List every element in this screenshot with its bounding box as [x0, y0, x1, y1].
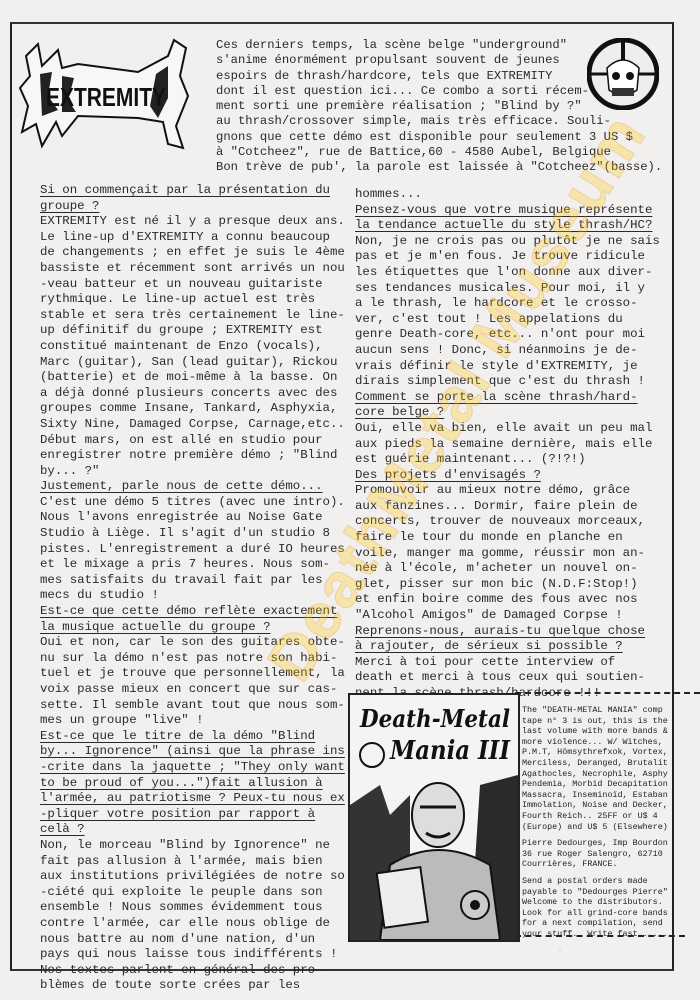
interview-question-line: Justement, parle nous de cette démo...: [40, 479, 350, 495]
ad-line: Pendemia, Morbid Decapitation: [522, 779, 697, 790]
interview-answer-line: voix passe mieux en concert que sur cas-: [40, 682, 350, 698]
interview-answer-line: "Alcohol Amigos" de Damaged Corpse !: [355, 608, 670, 624]
svg-text:EXTREMITY: EXTREMITY: [46, 82, 166, 112]
interview-answer-line: mes satisfaits du travail fait par les: [40, 573, 350, 589]
text-line: au thrash/crossover simple, mais très ef…: [216, 114, 686, 129]
skull-peace-icon: [587, 38, 659, 110]
interview-answer-line: Nous l'avons enregistrée au Noise Gate: [40, 510, 350, 526]
interview-answer-line: Début mars, on est allé en studio pour: [40, 433, 350, 449]
interview-question-line: Reprenons-nous, aurais-tu quelque chose: [355, 624, 670, 640]
interview-answer-line: vrais définir le style d'EXTREMITY, je: [355, 359, 670, 375]
interview-answer-line: Studio à Liège. Il s'agit d'un studio 8: [40, 526, 350, 542]
interview-answer-line: Sixty Nine, Damaged Corpse, Carnage,etc.…: [40, 417, 350, 433]
interview-answer-line: death et merci à tous ceux qui soutien-: [355, 670, 670, 686]
interview-question-line: core belge ?: [355, 405, 670, 421]
ad-line: tape n° 3 is out, this is the: [522, 716, 697, 727]
ad-line: Immolation, Noise and Decker,: [522, 800, 697, 811]
ad-address: Pierre Dedourges, Imp Bourdon36 rue Roge…: [522, 838, 697, 870]
ad-line: Massacra, Inseminoïd, Estaban: [522, 790, 697, 801]
interview-question-line: Si on commençait par la présentation du: [40, 183, 350, 199]
interview-answer-line: aux fanzines... Dormir, faire plein de: [355, 499, 670, 515]
interview-answer-line: genre Death-core, etc... n'ont pour moi: [355, 327, 670, 343]
ad-line: last volume with more bands &: [522, 726, 697, 737]
text-line: à "Cotcheez", rue de Battice,60 - 4580 A…: [216, 145, 686, 160]
interview-question-line: celà ?: [40, 822, 350, 838]
interview-answer-line: Non, le morceau "Blind by Ignorence" ne: [40, 838, 350, 854]
interview-answer-line: Le line-up d'EXTREMITY a connu beaucoup: [40, 230, 350, 246]
text-line: Bon trève de pub', la parole est laissée…: [216, 160, 686, 175]
interview-answer-line: concerts, trouver de nouveaux morceaux,: [355, 514, 670, 530]
interview-answer-line: a le thrash, le hardcore et le crosso-: [355, 296, 670, 312]
interview-answer-line: pas et je m'en fous. Je trouve ridicule: [355, 249, 670, 265]
interview-answer-line: fait pas allusion à l'armée, mais bien: [40, 854, 350, 870]
interview-question-line: la tendance actuelle du style thrash/HC?: [355, 218, 670, 234]
ad-blurb: The "DEATH-METAL MANIA" comptape n° 3 is…: [522, 705, 697, 832]
interview-answer-line: voile, manger ma gomme, réussir mon an-: [355, 546, 670, 562]
interview-answer-line: est guérie maintenant... (?!?!): [355, 452, 670, 468]
interview-answer-line: stable et sera très certainement le line…: [40, 308, 350, 324]
interview-answer-line: a déjà donné plusieurs concerts avec des: [40, 386, 350, 402]
ad-line: P.M.T, Hömsythrefxok, Vortex,: [522, 747, 697, 758]
compilation-cover-icon: Death-Metal Mania III: [350, 695, 518, 940]
interview-answer-line: groupes comme Insane, Tankard, Asphyxia,: [40, 401, 350, 417]
interview-question-line: Des projets d'envisagés ?: [355, 468, 670, 484]
interview-answer-line: nous battre au nom d'une nation, d'un: [40, 932, 350, 948]
interview-answer-line: up définitif du groupe ; EXTREMITY est: [40, 323, 350, 339]
interview-question-line: l'armée, au patriotisme ? Peux-tu nous e…: [40, 791, 350, 807]
ad-line: payable to "Dedourges Pierre": [522, 887, 697, 898]
ad-line: more violence... W/ Witches,: [522, 737, 697, 748]
ad-line: Send a postal orders made: [522, 876, 697, 887]
interview-answer-line: aux pieds la semaine dernière, mais elle: [355, 437, 670, 453]
interview-question-line: -crite dans la jaquette ; "They only wan…: [40, 760, 350, 776]
interview-answer-line: hommes...: [355, 187, 670, 203]
interview-answer-line: Marc (guitar), San (lead guitar), Rickou: [40, 355, 350, 371]
interview-answer-line: Oui et non, car le son des guitares obte…: [40, 635, 350, 651]
interview-answer-line: by... ?": [40, 464, 350, 480]
interview-question-line: -pliquer votre position par rapport à: [40, 807, 350, 823]
ad-line: Agathocles, Necrophile, Asphy: [522, 769, 697, 780]
interview-answer-line: glet, pisser sur mon bic (N.D.F:Stop!): [355, 577, 670, 593]
interview-answer-line: Merci à toi pour cette interview of: [355, 655, 670, 671]
interview-answer-line: C'est une démo 5 titres (avec une intro)…: [40, 495, 350, 511]
interview-answer-line: aux institutions privilégiées de notre s…: [40, 869, 350, 885]
svg-text:Mania III: Mania III: [389, 736, 511, 766]
interview-answer-line: née à l'école, m'acheter un nouvel on-: [355, 561, 670, 577]
interview-answer-line: bassiste et récemment sont arrivés un no…: [40, 261, 350, 277]
interview-answer-line: ensemble ! Nous sommes évidemment tous: [40, 900, 350, 916]
interview-answer-line: Non, je ne crois pas ou plutôt je ne sai…: [355, 234, 670, 250]
interview-answer-line: ses tendances musicales. Pour moi, il y: [355, 281, 670, 297]
interview-question-line: groupe ?: [40, 199, 350, 215]
ad-closing: Send a postal orders madepayable to "Ded…: [522, 876, 697, 940]
ad-line: Welcome to the distributors.: [522, 897, 697, 908]
interview-answer-line: rythmique. Le line-up actuel est très: [40, 292, 350, 308]
ad-line: 36 rue Roger Salengro, 62710: [522, 849, 697, 860]
interview-answer-line: Oui, elle va bien, elle avait un peu mal: [355, 421, 670, 437]
interview-answer-line: enregistrer notre première démo ; "Blind: [40, 448, 350, 464]
interview-answer-line: -veau batteur et un nouveau guitariste: [40, 277, 350, 293]
ad-line: Pierre Dedourges, Imp Bourdon: [522, 838, 697, 849]
ad-line: for a next compilation, send: [522, 918, 697, 929]
interview-question-line: by... Ignorence" (ainsi que la phrase in…: [40, 744, 350, 760]
ad-line: Fourth Reich.. 25FF or U$ 4: [522, 811, 697, 822]
interview-answer-line: faire le tour du monde en planche en: [355, 530, 670, 546]
interview-question-line: Est-ce que cette démo reflète exactement: [40, 604, 350, 620]
interview-answer-line: mecs du studio !: [40, 588, 350, 604]
text-line: gnons que cette démo est disponible pour…: [216, 130, 686, 145]
band-logo: EXTREMITY: [18, 36, 193, 156]
interview-answer-line: EXTREMITY est né il y a presque deux ans…: [40, 214, 350, 230]
interview-answer-line: et enfin boire comme des fous avec nos: [355, 592, 670, 608]
interview-answer-line: et le mixage a pris 7 heures. Nous som-: [40, 557, 350, 573]
interview-question-line: Comment se porte la scène thrash/hard-: [355, 390, 670, 406]
interview-answer-line: mes un groupe "live" !: [40, 713, 350, 729]
compilation-ad-text: The "DEATH-METAL MANIA" comptape n° 3 is…: [522, 705, 697, 939]
interview-question-line: Pensez-vous que votre musique représente: [355, 203, 670, 219]
interview-column-left: Si on commençait par la présentation dug…: [40, 183, 350, 994]
ad-line: Merciless, Deranged, Brutalit: [522, 758, 697, 769]
ad-line: Look for all grind-core bands: [522, 908, 697, 919]
ad-line: (Europe) and U$ 5 (Elsewhere): [522, 822, 697, 833]
death-metal-mania-artwork: Death-Metal Mania III: [348, 693, 520, 942]
interview-answer-line: (batterie) et de moi-même à la basse. On: [40, 370, 350, 386]
interview-answer-line: Promouvoir au mieux notre démo, grâce: [355, 483, 670, 499]
ad-line: Courrières, FRANCE.: [522, 859, 697, 870]
interview-answer-line: aucun sens ! Donc, si néanmoins je de-: [355, 343, 670, 359]
interview-question-line: Est-ce que le titre de la démo "Blind: [40, 729, 350, 745]
interview-answer-line: ver, c'est tout ! Les appelations du: [355, 312, 670, 328]
interview-answer-line: pays qui nous laisse tous indifférents !: [40, 947, 350, 963]
interview-answer-line: nu sur la démo n'est pas notre son habi-: [40, 651, 350, 667]
ad-line: The "DEATH-METAL MANIA" comp: [522, 705, 697, 716]
interview-answer-line: contre l'armée, car elle nous oblige de: [40, 916, 350, 932]
interview-answer-line: tuel et je trouve que personnellement, l…: [40, 666, 350, 682]
interview-answer-line: blèmes de toute sorte crées par les: [40, 978, 350, 994]
interview-answer-line: de changements ; en effet je suis le 4èm…: [40, 245, 350, 261]
svg-text:Death-Metal: Death-Metal: [359, 704, 510, 733]
ad-border-bottom: [515, 935, 685, 937]
interview-answer-line: dirais simplement que c'est du thrash !: [355, 374, 670, 390]
interview-question-line: to be proud of you...")fait allusion à: [40, 776, 350, 792]
interview-question-line: la musique actuelle du groupe ?: [40, 620, 350, 636]
ad-border-top: [515, 692, 700, 694]
interview-answer-line: -ciété qui exploite le peuple dans son: [40, 885, 350, 901]
interview-answer-line: Nos textes parlent en général des pro-: [40, 963, 350, 979]
interview-answer-line: constitué maintenant de Enzo (vocals),: [40, 339, 350, 355]
extremity-logo-icon: EXTREMITY: [18, 36, 193, 156]
interview-answer-line: les étiquettes que l'on donne aux diver-: [355, 265, 670, 281]
interview-column-right: hommes...Pensez-vous que votre musique r…: [355, 187, 670, 702]
skull-badge: [587, 38, 659, 110]
interview-answer-line: pistes. L'enregistrement a duré IO heure…: [40, 542, 350, 558]
interview-question-line: à rajouter, de sérieux si possible ?: [355, 639, 670, 655]
interview-answer-line: sette. Il semble avant tout que nous som…: [40, 698, 350, 714]
